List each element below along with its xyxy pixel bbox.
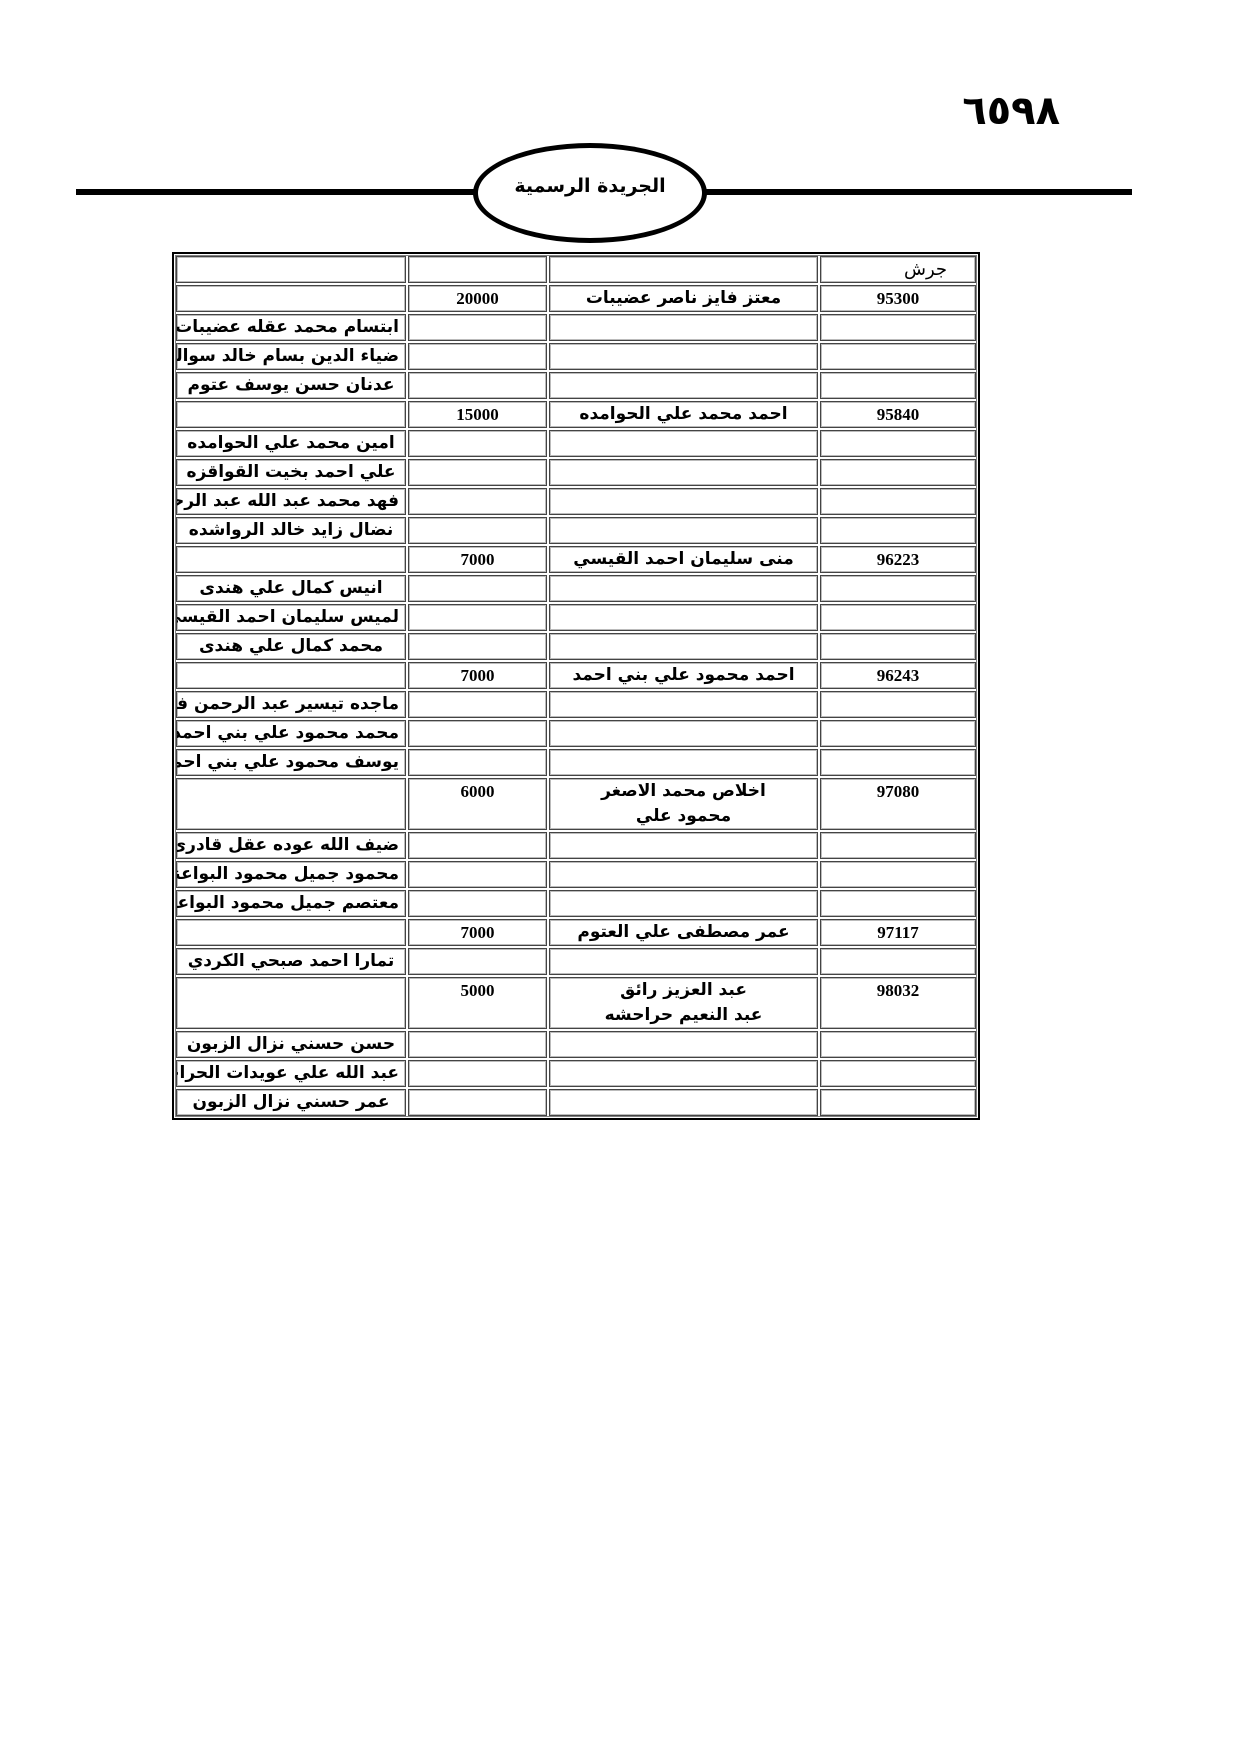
empty-cell [820,832,976,859]
empty-cell [408,1031,547,1058]
member-name: محمد محمود علي بني احمد [176,720,406,747]
ledger-table-container: جرش 95300معتز فايز ناصر عضيبات20000ابتسا… [172,252,980,1120]
record-code: 95840 [820,401,976,428]
header-amount [408,256,547,283]
table-row-member: انيس كمال علي هندى [176,575,976,602]
table-row-member: ضياء الدين بسام خالد سوالمه [176,343,976,370]
table-row-member: نضال زايد خالد الرواشده [176,517,976,544]
record-name: عمر مصطفى علي العتوم [549,919,818,946]
header-rule-right [704,189,1132,195]
member-name: فهد محمد عبد الله عبد الرحيم [176,488,406,515]
empty-cell [408,314,547,341]
record-name-line: عبد النعيم حراحشه [556,1003,811,1028]
empty-cell [408,604,547,631]
table-row-member: محمود جميل محمود البواعنه [176,861,976,888]
record-name: معتز فايز ناصر عضيبات [549,285,818,312]
empty-cell [408,343,547,370]
empty-cell [549,604,818,631]
member-name: نضال زايد خالد الرواشده [176,517,406,544]
table-row-group: 98032عبد العزيز رائقعبد النعيم حراحشه500… [176,977,976,1029]
empty-cell [408,832,547,859]
record-name-line: عبد العزيز رائق [556,978,811,1003]
table-row-member: ابتسام محمد عقله عضيبات [176,314,976,341]
empty-cell [820,948,976,975]
record-code: 96223 [820,546,976,573]
record-name: احمد محمد علي الحوامده [549,401,818,428]
record-member-empty [176,919,406,946]
empty-cell [408,1060,547,1087]
member-name: عدنان حسن يوسف عتوم [176,372,406,399]
empty-cell [549,430,818,457]
record-name: اخلاص محمد الاصغرمحمود علي [549,778,818,830]
empty-cell [820,749,976,776]
record-amount: 7000 [408,919,547,946]
empty-cell [408,488,547,515]
empty-cell [549,861,818,888]
empty-cell [408,861,547,888]
member-name: ابتسام محمد عقله عضيبات [176,314,406,341]
empty-cell [549,720,818,747]
empty-cell [820,691,976,718]
empty-cell [549,749,818,776]
empty-cell [408,459,547,486]
empty-cell [549,372,818,399]
record-amount: 7000 [408,546,547,573]
table-row-member: ضيف الله عوده عقل قادرى [176,832,976,859]
table-row-group: 96243احمد محمود علي بني احمد7000 [176,662,976,689]
empty-cell [549,948,818,975]
table-row-member: ماجده تيسير عبد الرحمن فريحات [176,691,976,718]
record-name: احمد محمود علي بني احمد [549,662,818,689]
header-name [549,256,818,283]
member-name: محمد كمال علي هندى [176,633,406,660]
record-code: 96243 [820,662,976,689]
empty-cell [408,749,547,776]
empty-cell [408,720,547,747]
member-name: عبد الله علي عويدات الحراحشه [176,1060,406,1087]
member-name: ضياء الدين بسام خالد سوالمه [176,343,406,370]
table-row-member: لميس سليمان احمد القيسي [176,604,976,631]
gazette-title: الجريدة الرسمية [514,175,665,197]
empty-cell [820,1031,976,1058]
empty-cell [820,604,976,631]
record-amount: 6000 [408,778,547,830]
empty-cell [820,372,976,399]
page-number: ٦٥٩٨ [930,88,1060,134]
ledger-table: جرش 95300معتز فايز ناصر عضيبات20000ابتسا… [172,252,980,1120]
table-row-member: محمد كمال علي هندى [176,633,976,660]
header-rule-left [76,189,476,195]
empty-cell [549,517,818,544]
record-name-line: احمد محمود علي بني احمد [556,663,811,688]
empty-cell [549,314,818,341]
table-row-member: عمر حسني نزال الزبون [176,1089,976,1116]
empty-cell [408,430,547,457]
record-name-line: احمد محمد علي الحوامده [556,402,811,427]
table-row-member: فهد محمد عبد الله عبد الرحيم [176,488,976,515]
empty-cell [549,1060,818,1087]
empty-cell [549,575,818,602]
record-member-empty [176,401,406,428]
table-row-member: عدنان حسن يوسف عتوم [176,372,976,399]
empty-cell [549,890,818,917]
member-name: امين محمد علي الحوامده [176,430,406,457]
member-name: علي احمد بخيت القواقزه [176,459,406,486]
empty-cell [549,343,818,370]
empty-cell [408,948,547,975]
gazette-title-oval: الجريدة الرسمية [473,143,707,243]
empty-cell [408,1089,547,1116]
record-code: 97117 [820,919,976,946]
record-name-line: معتز فايز ناصر عضيبات [556,286,811,311]
table-row-member: علي احمد بخيت القواقزه [176,459,976,486]
record-name-line: منى سليمان احمد القيسي [556,547,811,572]
record-amount: 15000 [408,401,547,428]
record-member-empty [176,546,406,573]
empty-cell [408,633,547,660]
record-member-empty [176,285,406,312]
record-name: عبد العزيز رائقعبد النعيم حراحشه [549,977,818,1029]
empty-cell [820,633,976,660]
table-row-group: 96223منى سليمان احمد القيسي7000 [176,546,976,573]
empty-cell [820,1089,976,1116]
empty-cell [820,890,976,917]
record-amount: 20000 [408,285,547,312]
empty-cell [408,890,547,917]
empty-cell [549,459,818,486]
empty-cell [549,633,818,660]
record-member-empty [176,778,406,830]
table-row-group: 95300معتز فايز ناصر عضيبات20000 [176,285,976,312]
member-name: لميس سليمان احمد القيسي [176,604,406,631]
empty-cell [549,832,818,859]
empty-cell [408,372,547,399]
empty-cell [408,517,547,544]
record-amount: 7000 [408,662,547,689]
empty-cell [820,459,976,486]
empty-cell [549,1089,818,1116]
member-name: حسن حسني نزال الزبون [176,1031,406,1058]
table-row-member: عبد الله علي عويدات الحراحشه [176,1060,976,1087]
member-name: ماجده تيسير عبد الرحمن فريحات [176,691,406,718]
table-row-member: حسن حسني نزال الزبون [176,1031,976,1058]
member-name: معتصم جميل محمود البواعنه [176,890,406,917]
member-name: تمارا احمد صبحي الكردي [176,948,406,975]
table-row-member: امين محمد علي الحوامده [176,430,976,457]
table-row-group: 97080اخلاص محمد الاصغرمحمود علي6000 [176,778,976,830]
record-code: 98032 [820,977,976,1029]
record-code: 95300 [820,285,976,312]
table-header-row: جرش [176,256,976,283]
record-name-line: عمر مصطفى علي العتوم [556,920,811,945]
empty-cell [820,343,976,370]
header-governorate: جرش [820,256,976,283]
table-row-group: 95840احمد محمد علي الحوامده15000 [176,401,976,428]
record-name-line: محمود علي [556,804,811,829]
member-name: محمود جميل محمود البواعنه [176,861,406,888]
empty-cell [549,488,818,515]
table-row-member: محمد محمود علي بني احمد [176,720,976,747]
empty-cell [820,488,976,515]
record-amount: 5000 [408,977,547,1029]
member-name: عمر حسني نزال الزبون [176,1089,406,1116]
member-name: ضيف الله عوده عقل قادرى [176,832,406,859]
empty-cell [820,430,976,457]
table-row-member: يوسف محمود علي بني احمد [176,749,976,776]
empty-cell [820,517,976,544]
empty-cell [820,720,976,747]
empty-cell [549,1031,818,1058]
table-row-member: تمارا احمد صبحي الكردي [176,948,976,975]
header-member [176,256,406,283]
member-name: يوسف محمود علي بني احمد [176,749,406,776]
record-name-line: اخلاص محمد الاصغر [556,779,811,804]
empty-cell [820,575,976,602]
record-member-empty [176,662,406,689]
table-row-group: 97117عمر مصطفى علي العتوم7000 [176,919,976,946]
empty-cell [820,861,976,888]
table-row-member: معتصم جميل محمود البواعنه [176,890,976,917]
record-name: منى سليمان احمد القيسي [549,546,818,573]
empty-cell [549,691,818,718]
empty-cell [820,1060,976,1087]
empty-cell [820,314,976,341]
empty-cell [408,691,547,718]
member-name: انيس كمال علي هندى [176,575,406,602]
record-code: 97080 [820,778,976,830]
empty-cell [408,575,547,602]
record-member-empty [176,977,406,1029]
